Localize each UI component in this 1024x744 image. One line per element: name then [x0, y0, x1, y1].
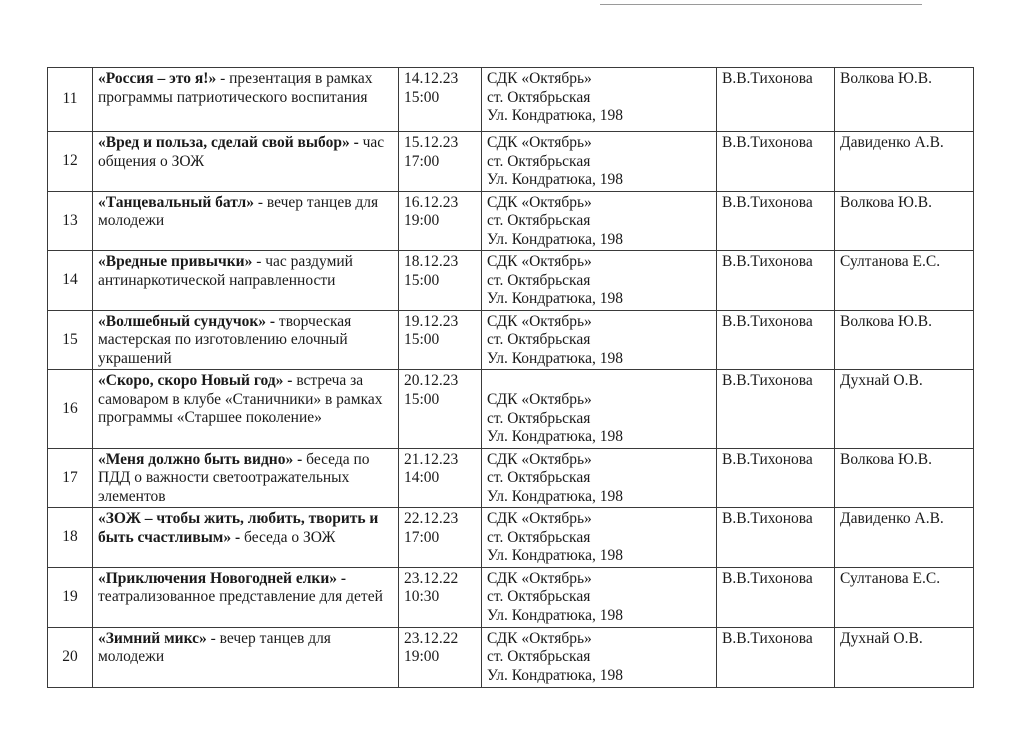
organizer-cell: В.В.Тихонова	[717, 567, 835, 627]
row-number-text: 14	[62, 271, 78, 288]
venue-cell: СДК «Октябрь»ст. ОктябрьскаяУл. Кондратю…	[482, 132, 717, 192]
page-top-rule	[600, 4, 922, 5]
venue-line: СДК «Октябрь»	[487, 391, 712, 410]
table-row: 14 «Вредные привычки» - час раздумий ант…	[48, 251, 974, 311]
event-cell: «Приключения Новогодней елки» - театрали…	[93, 567, 399, 627]
event-title: «Зимний микс»	[98, 630, 207, 647]
venue-line: ст. Октябрьская	[487, 588, 712, 607]
venue-line: СДК «Октябрь»	[487, 253, 712, 272]
event-time: 19:00	[404, 648, 477, 667]
responsible-cell: Волкова Ю.В.	[835, 310, 974, 370]
organizer-name: В.В.Тихонова	[722, 570, 813, 587]
venue-lines: СДК «Октябрь»ст. ОктябрьскаяУл. Кондратю…	[487, 570, 712, 626]
date-time-cell: 22.12.2317:00	[399, 508, 482, 568]
event-title: «Вред и польза, сделай свой выбор» -	[98, 134, 359, 151]
row-number: 16	[48, 370, 93, 449]
event-title: «Россия – это я!»	[98, 70, 216, 87]
table-row: 17 «Меня должно быть видно» - беседа по …	[48, 448, 974, 508]
date-time-cell: 23.12.2219:00	[399, 627, 482, 687]
venue-cell: СДК «Октябрь»ст. ОктябрьскаяУл. Кондратю…	[482, 448, 717, 508]
venue-lines: СДК «Октябрь»ст. ОктябрьскаяУл. Кондратю…	[487, 313, 712, 369]
event-cell: «Скоро, скоро Новый год» - встреча за са…	[93, 370, 399, 449]
date-time-cell: 18.12.2315:00	[399, 251, 482, 311]
row-number: 13	[48, 191, 93, 251]
responsible-name: Волкова Ю.В.	[840, 194, 932, 211]
venue-line: Ул. Кондратюка, 198	[487, 488, 712, 507]
organizer-cell: В.В.Тихонова	[717, 132, 835, 192]
event-cell: «Зимний микс» - вечер танцев для молодеж…	[93, 627, 399, 687]
event-title: «ЗОЖ – чтобы жить, любить, творить и быт…	[98, 510, 378, 546]
venue-cell: СДК «Октябрь»ст. ОктябрьскаяУл. Кондратю…	[482, 508, 717, 568]
venue-line: Ул. Кондратюка, 198	[487, 231, 712, 250]
organizer-name: В.В.Тихонова	[722, 134, 813, 151]
venue-cell: СДК «Октябрь»ст. ОктябрьскаяУл. Кондратю…	[482, 68, 717, 132]
event-date: 23.12.22	[404, 630, 477, 649]
organizer-cell: В.В.Тихонова	[717, 310, 835, 370]
organizer-cell: В.В.Тихонова	[717, 508, 835, 568]
venue-cell: СДК «Октябрь»ст. ОктябрьскаяУл. Кондратю…	[482, 627, 717, 687]
venue-line: ст. Октябрьская	[487, 529, 712, 548]
venue-line: СДК «Октябрь»	[487, 570, 712, 589]
date-time-cell: 15.12.2317:00	[399, 132, 482, 192]
event-date: 22.12.23	[404, 510, 477, 529]
responsible-cell: Давиденко А.В.	[835, 508, 974, 568]
venue-line: Ул. Кондратюка, 198	[487, 428, 712, 447]
responsible-cell: Духнай О.В.	[835, 370, 974, 449]
event-title: «Волшебный сундучок» -	[98, 313, 275, 330]
table-row: 13 «Танцевальный батл» - вечер танцев дл…	[48, 191, 974, 251]
venue-line: Ул. Кондратюка, 198	[487, 547, 712, 566]
event-date: 23.12.22	[404, 570, 477, 589]
venue-line: СДК «Октябрь»	[487, 510, 712, 529]
venue-line: СДК «Октябрь»	[487, 313, 712, 332]
event-description: беседа о ЗОЖ	[240, 529, 335, 546]
event-time: 15:00	[404, 272, 477, 291]
venue-line: Ул. Кондратюка, 198	[487, 607, 712, 626]
organizer-name: В.В.Тихонова	[722, 451, 813, 468]
organizer-cell: В.В.Тихонова	[717, 627, 835, 687]
table-row: 19 «Приключения Новогодней елки» - театр…	[48, 567, 974, 627]
organizer-cell: В.В.Тихонова	[717, 448, 835, 508]
venue-line: СДК «Октябрь»	[487, 194, 712, 213]
row-number: 11	[48, 68, 93, 132]
row-number: 18	[48, 508, 93, 568]
table-row: 15 «Волшебный сундучок» - творческая мас…	[48, 310, 974, 370]
event-title: «Танцевальный батл»	[98, 194, 254, 211]
venue-line: СДК «Октябрь»	[487, 134, 712, 153]
event-cell: «Вред и польза, сделай свой выбор» - час…	[93, 132, 399, 192]
event-title: «Приключения Новогодней елки» -	[98, 570, 346, 587]
venue-line: СДК «Октябрь»	[487, 630, 712, 649]
events-schedule-table: 11 «Россия – это я!» - презентация в рам…	[47, 67, 974, 688]
organizer-cell: В.В.Тихонова	[717, 370, 835, 449]
venue-line: ст. Октябрьская	[487, 89, 712, 108]
event-cell: «Меня должно быть видно» - беседа по ПДД…	[93, 448, 399, 508]
organizer-name: В.В.Тихонова	[722, 194, 813, 211]
row-number-text: 12	[62, 152, 78, 169]
organizer-name: В.В.Тихонова	[722, 630, 813, 647]
row-number: 15	[48, 310, 93, 370]
row-number: 19	[48, 567, 93, 627]
event-date: 16.12.23	[404, 194, 477, 213]
event-date: 21.12.23	[404, 451, 477, 470]
table-row: 18 «ЗОЖ – чтобы жить, любить, творить и …	[48, 508, 974, 568]
date-time-cell: 23.12.2210:30	[399, 567, 482, 627]
date-time-cell: 14.12.2315:00	[399, 68, 482, 132]
schedule-body: 11 «Россия – это я!» - презентация в рам…	[48, 68, 974, 688]
row-number: 14	[48, 251, 93, 311]
responsible-name: Султанова Е.С.	[840, 570, 940, 587]
event-time: 17:00	[404, 153, 477, 172]
event-time: 14:00	[404, 469, 477, 488]
venue-cell: СДК «Октябрь»ст. ОктябрьскаяУл. Кондратю…	[482, 251, 717, 311]
responsible-name: Волкова Ю.В.	[840, 70, 932, 87]
organizer-name: В.В.Тихонова	[722, 510, 813, 527]
row-number: 17	[48, 448, 93, 508]
responsible-cell: Волкова Ю.В.	[835, 191, 974, 251]
responsible-name: Духнай О.В.	[840, 372, 923, 389]
responsible-name: Давиденко А.В.	[840, 510, 944, 527]
row-number-text: 19	[62, 588, 78, 605]
event-time: 15:00	[404, 331, 477, 350]
organizer-name: В.В.Тихонова	[722, 372, 813, 389]
organizer-cell: В.В.Тихонова	[717, 191, 835, 251]
event-description: театрализованное представление для детей	[98, 588, 383, 605]
venue-line: ст. Октябрьская	[487, 331, 712, 350]
venue-line: Ул. Кондратюка, 198	[487, 667, 712, 686]
event-title: «Вредные привычки»	[98, 253, 252, 270]
organizer-name: В.В.Тихонова	[722, 70, 813, 87]
organizer-name: В.В.Тихонова	[722, 313, 813, 330]
venue-line: ст. Октябрьская	[487, 648, 712, 667]
venue-lines: СДК «Октябрь»ст. ОктябрьскаяУл. Кондратю…	[487, 372, 712, 447]
event-time: 19:00	[404, 212, 477, 231]
row-number-text: 16	[62, 400, 78, 417]
row-number-text: 20	[62, 648, 78, 665]
date-time-cell: 20.12.2315:00	[399, 370, 482, 449]
event-date: 14.12.23	[404, 70, 477, 89]
responsible-cell: Волкова Ю.В.	[835, 68, 974, 132]
venue-line: СДК «Октябрь»	[487, 451, 712, 470]
venue-line: Ул. Кондратюка, 198	[487, 171, 712, 190]
event-title: «Меня должно быть видно» -	[98, 451, 302, 468]
table-row: 16 «Скоро, скоро Новый год» - встреча за…	[48, 370, 974, 449]
venue-line: Ул. Кондратюка, 198	[487, 290, 712, 309]
row-number-text: 15	[62, 331, 78, 348]
table-row: 12 «Вред и польза, сделай свой выбор» - …	[48, 132, 974, 192]
event-time: 10:30	[404, 588, 477, 607]
venue-line: ст. Октябрьская	[487, 410, 712, 429]
table-row: 20 «Зимний микс» - вечер танцев для моло…	[48, 627, 974, 687]
venue-cell: СДК «Октябрь»ст. ОктябрьскаяУл. Кондратю…	[482, 567, 717, 627]
venue-cell: СДК «Октябрь»ст. ОктябрьскаяУл. Кондратю…	[482, 310, 717, 370]
row-number-text: 13	[62, 212, 78, 229]
row-number-text: 11	[63, 90, 78, 107]
venue-line: ст. Октябрьская	[487, 153, 712, 172]
event-date: 19.12.23	[404, 313, 477, 332]
responsible-cell: Султанова Е.С.	[835, 251, 974, 311]
event-cell: «Волшебный сундучок» - творческая мастер…	[93, 310, 399, 370]
venue-lines: СДК «Октябрь»ст. ОктябрьскаяУл. Кондратю…	[487, 451, 712, 507]
date-time-cell: 16.12.2319:00	[399, 191, 482, 251]
event-time: 15:00	[404, 89, 477, 108]
organizer-cell: В.В.Тихонова	[717, 68, 835, 132]
responsible-name: Волкова Ю.В.	[840, 451, 932, 468]
venue-lines: СДК «Октябрь»ст. ОктябрьскаяУл. Кондратю…	[487, 134, 712, 190]
responsible-name: Духнай О.В.	[840, 630, 923, 647]
organizer-name: В.В.Тихонова	[722, 253, 813, 270]
venue-cell: СДК «Октябрь»ст. ОктябрьскаяУл. Кондратю…	[482, 191, 717, 251]
venue-line: СДК «Октябрь»	[487, 70, 712, 89]
row-number: 20	[48, 627, 93, 687]
venue-line: Ул. Кондратюка, 198	[487, 350, 712, 369]
responsible-name: Давиденко А.В.	[840, 134, 944, 151]
responsible-cell: Духнай О.В.	[835, 627, 974, 687]
row-number-text: 18	[62, 528, 78, 545]
venue-lines: СДК «Октябрь»ст. ОктябрьскаяУл. Кондратю…	[487, 510, 712, 566]
event-cell: «Танцевальный батл» - вечер танцев для м…	[93, 191, 399, 251]
event-time: 15:00	[404, 391, 477, 410]
row-number-text: 17	[62, 469, 78, 486]
venue-lines: СДК «Октябрь»ст. ОктябрьскаяУл. Кондратю…	[487, 70, 712, 126]
event-time: 17:00	[404, 529, 477, 548]
event-cell: «Вредные привычки» - час раздумий антина…	[93, 251, 399, 311]
table-row: 11 «Россия – это я!» - презентация в рам…	[48, 68, 974, 132]
responsible-name: Султанова Е.С.	[840, 253, 940, 270]
venue-cell: СДК «Октябрь»ст. ОктябрьскаяУл. Кондратю…	[482, 370, 717, 449]
organizer-cell: В.В.Тихонова	[717, 251, 835, 311]
venue-lines: СДК «Октябрь»ст. ОктябрьскаяУл. Кондратю…	[487, 630, 712, 686]
event-date: 20.12.23	[404, 372, 477, 391]
responsible-name: Волкова Ю.В.	[840, 313, 932, 330]
event-title: «Скоро, скоро Новый год» -	[98, 372, 292, 389]
event-cell: «Россия – это я!» - презентация в рамках…	[93, 68, 399, 132]
event-cell: «ЗОЖ – чтобы жить, любить, творить и быт…	[93, 508, 399, 568]
date-time-cell: 19.12.2315:00	[399, 310, 482, 370]
venue-lines: СДК «Октябрь»ст. ОктябрьскаяУл. Кондратю…	[487, 253, 712, 309]
event-date: 15.12.23	[404, 134, 477, 153]
row-number: 12	[48, 132, 93, 192]
venue-line: ст. Октябрьская	[487, 469, 712, 488]
responsible-cell: Давиденко А.В.	[835, 132, 974, 192]
responsible-cell: Волкова Ю.В.	[835, 448, 974, 508]
responsible-cell: Султанова Е.С.	[835, 567, 974, 627]
venue-line: ст. Октябрьская	[487, 272, 712, 291]
event-date: 18.12.23	[404, 253, 477, 272]
venue-lines: СДК «Октябрь»ст. ОктябрьскаяУл. Кондратю…	[487, 194, 712, 250]
date-time-cell: 21.12.2314:00	[399, 448, 482, 508]
venue-line: Ул. Кондратюка, 198	[487, 107, 712, 126]
venue-line: ст. Октябрьская	[487, 212, 712, 231]
